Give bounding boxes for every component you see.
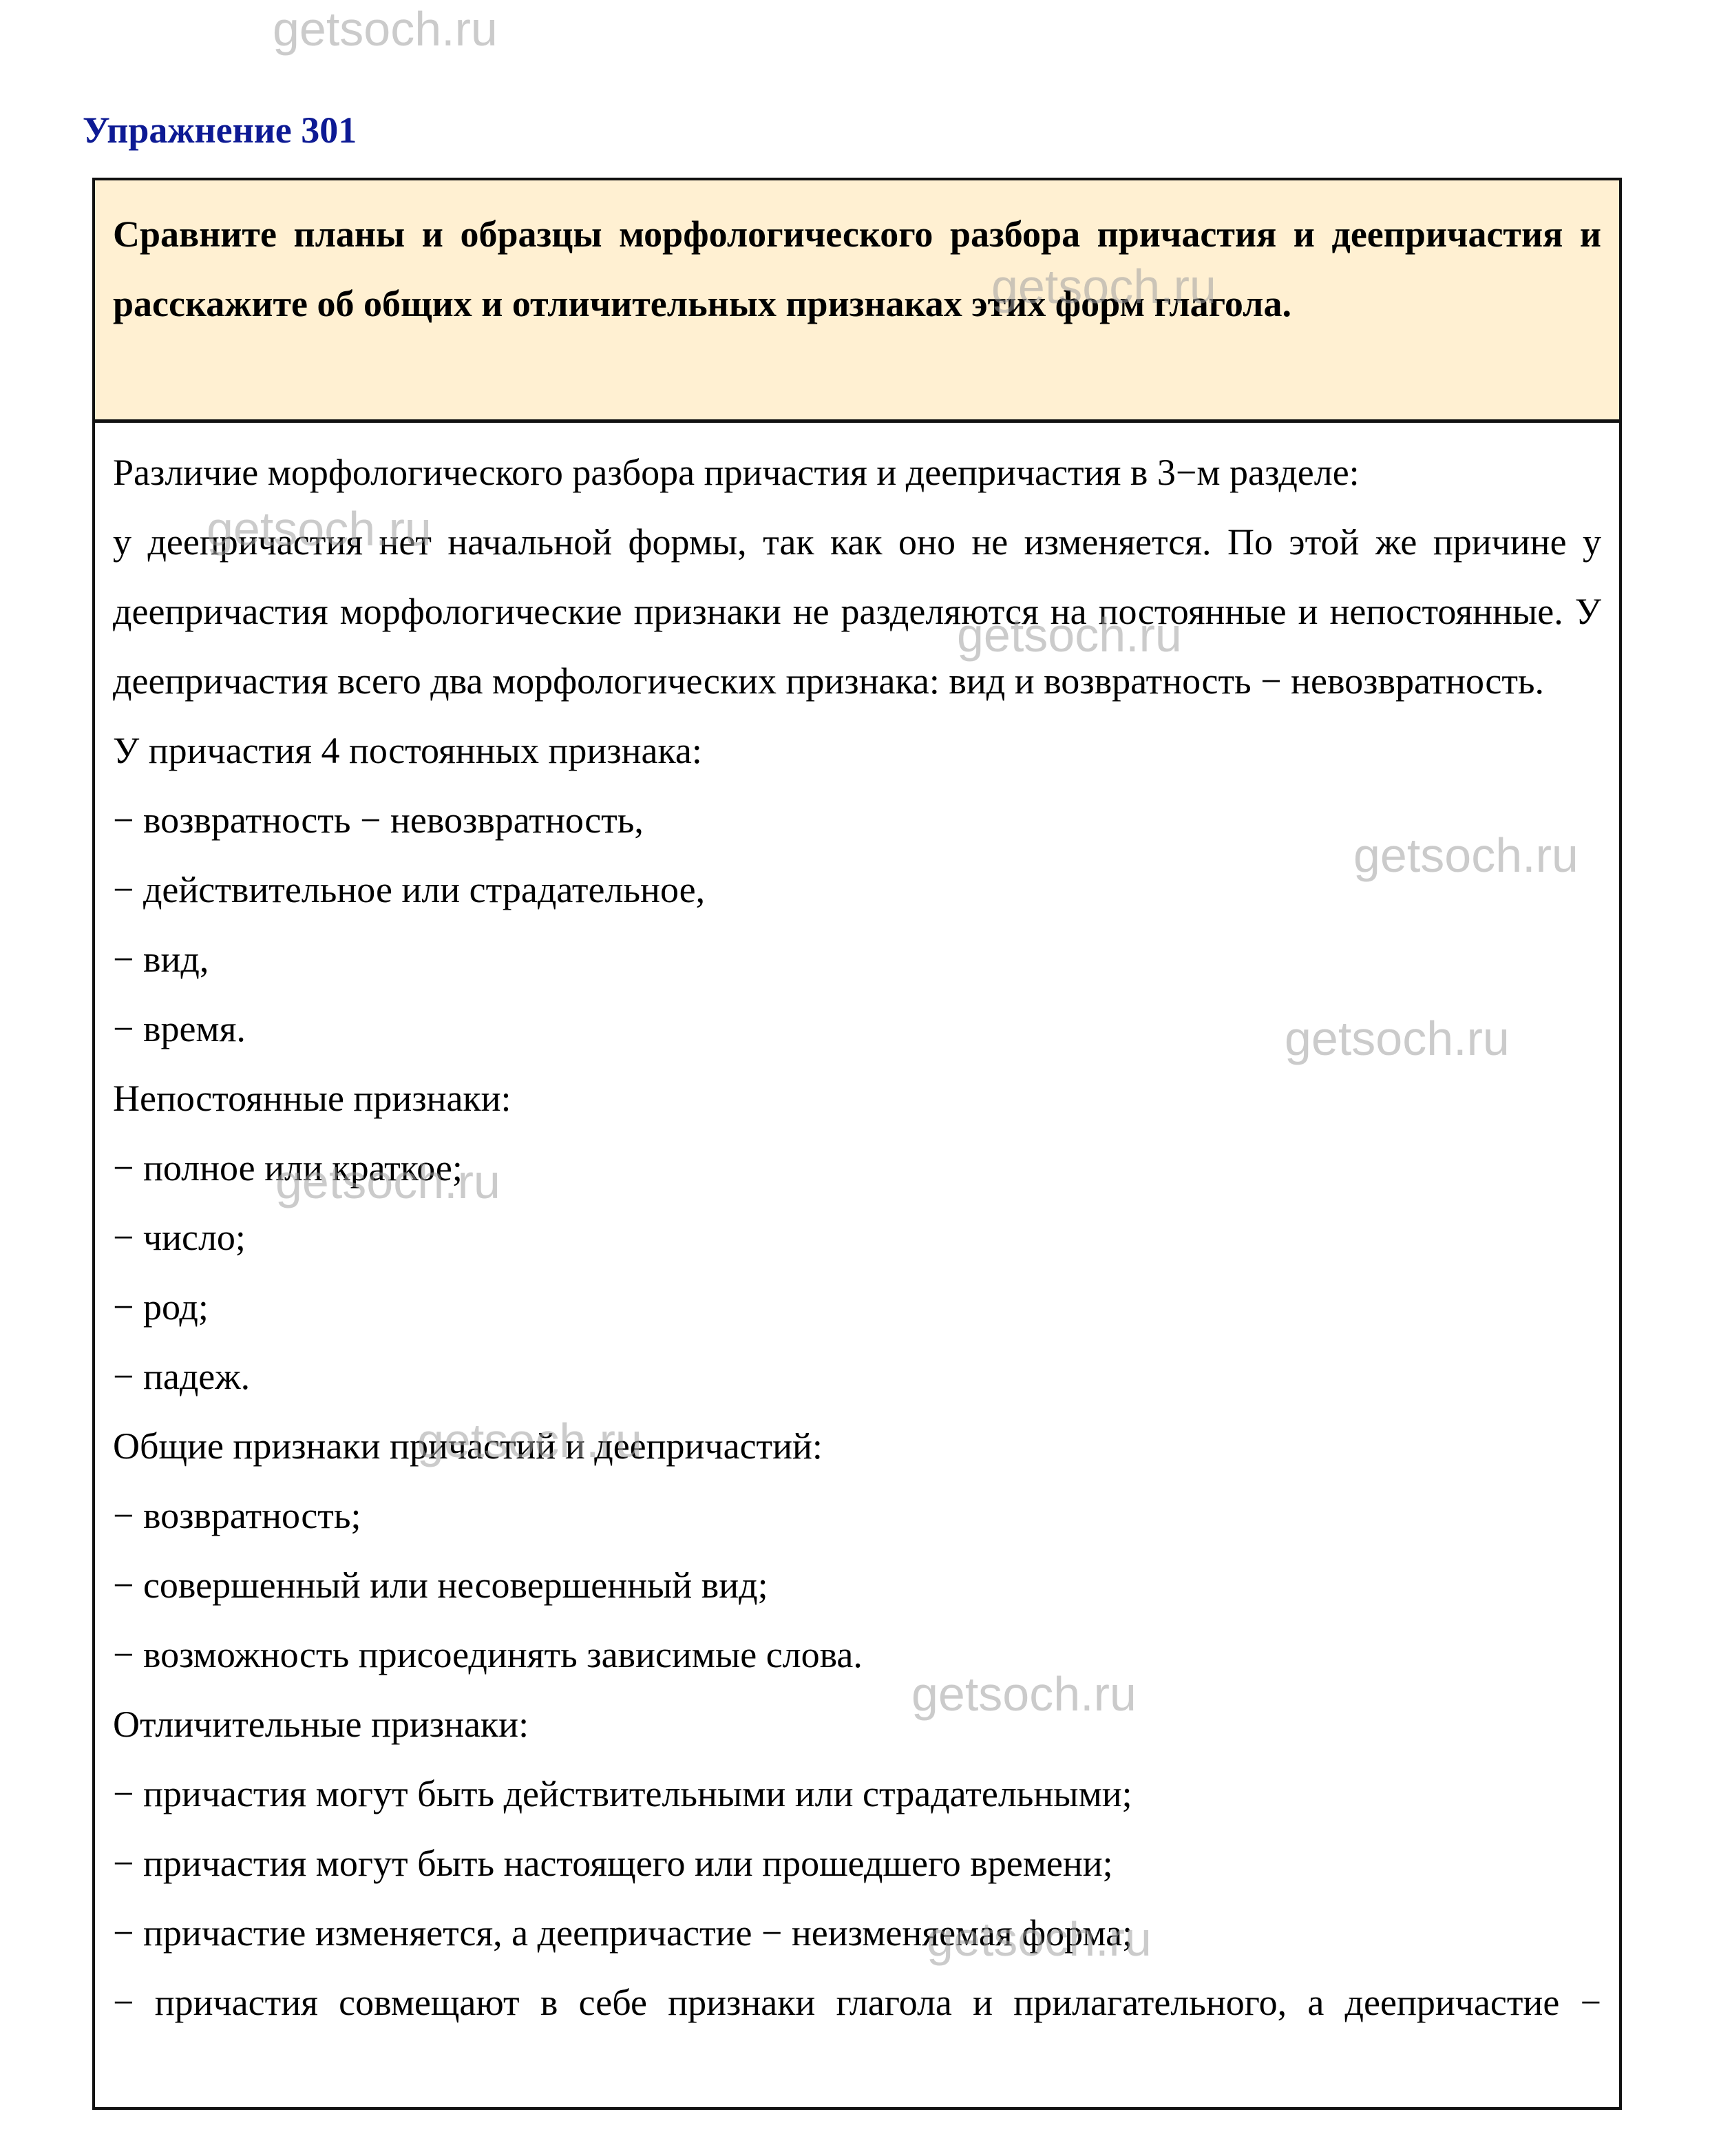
- list-item: − действительное или страдательное,: [113, 855, 1601, 925]
- watermark: getsoch.ru: [273, 1, 498, 56]
- constant-features-heading: У причастия 4 постоянных признака:: [113, 716, 1601, 786]
- answer-intro: Различие морфологического разбора причас…: [113, 438, 1601, 507]
- list-item: − причастия могут быть настоящего или пр…: [113, 1829, 1601, 1898]
- task-table: Сравните планы и образцы морфологическог…: [92, 178, 1622, 2110]
- list-item: − род;: [113, 1273, 1601, 1342]
- list-item: − вид,: [113, 925, 1601, 994]
- task-header: Сравните планы и образцы морфологическог…: [95, 180, 1619, 423]
- list-item: − совершенный или несовершенный вид;: [113, 1551, 1601, 1620]
- list-item: − причастия могут быть действительными и…: [113, 1759, 1601, 1829]
- distinct-features-heading: Отличительные признаки:: [113, 1690, 1601, 1759]
- list-item: − возможность присоединять зависимые сло…: [113, 1620, 1601, 1690]
- common-features-heading: Общие признаки причастий и деепричастий:: [113, 1412, 1601, 1481]
- list-item: − причастия совмещают в себе признаки гл…: [113, 1968, 1601, 2038]
- list-item: − возвратность;: [113, 1481, 1601, 1551]
- exercise-title: Упражнение 301: [83, 109, 357, 151]
- list-item: − полное или краткое;: [113, 1133, 1601, 1203]
- task-prompt: Сравните планы и образцы морфологическог…: [113, 200, 1601, 339]
- list-item: − причастие изменяется, а деепричастие −…: [113, 1898, 1601, 1968]
- list-item: − время.: [113, 994, 1601, 1064]
- list-item: − число;: [113, 1203, 1601, 1273]
- answer-body: Различие морфологического разбора причас…: [95, 423, 1619, 2038]
- variable-features-heading: Непостоянные признаки:: [113, 1064, 1601, 1133]
- list-item: − возвратность − невозвратность,: [113, 786, 1601, 855]
- list-item: − падеж.: [113, 1342, 1601, 1412]
- answer-explanation: у деепричастия нет начальной формы, так …: [113, 507, 1601, 716]
